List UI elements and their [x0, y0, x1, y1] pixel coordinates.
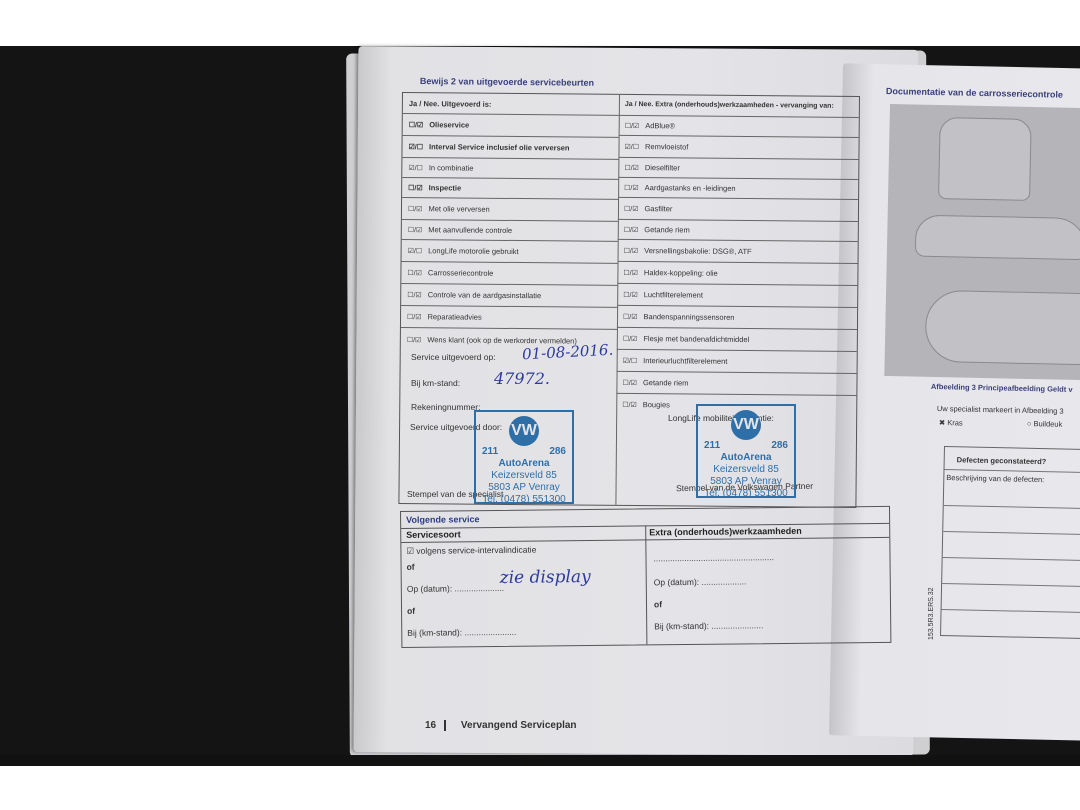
checkbox-pair-icon[interactable]: ☐/☑ — [623, 334, 638, 342]
checkbox-pair-icon[interactable]: ☑/☐ — [408, 247, 423, 255]
defects-line — [942, 609, 1080, 613]
page-number: 16 — [425, 720, 446, 731]
checkbox-pair-icon[interactable]: ☐/☑ — [624, 163, 639, 171]
checklist-label: Interieurluchtfilterelement — [643, 356, 727, 366]
checkbox-pair-icon[interactable]: ☐/☑ — [407, 313, 422, 321]
checklist-label: Bandenspanningssensoren — [644, 312, 735, 322]
checklist-row: ☐/☑Dieselfilter — [618, 157, 858, 179]
km-handwritten: 47972. — [494, 369, 550, 388]
document-code: 153.5R3.ERS.32 — [928, 587, 935, 640]
checklist-label: Gasfilter — [644, 204, 672, 213]
bottom-shadow — [0, 755, 1080, 766]
stamp-num-right: 286 — [771, 440, 788, 452]
interval-option: ☑ volgens service-intervalindicatie — [406, 545, 536, 557]
checklist-row: ☐/☑Controle van de aardgasinstallatie — [401, 283, 617, 307]
checklist-row: ☐/☑Olieservice — [403, 113, 619, 137]
checklist-label: Remvloeistof — [645, 142, 688, 151]
vw-logo-icon: VW — [509, 416, 539, 446]
next-date-label: Op (datum): ..................... — [407, 583, 504, 594]
service-type-header: Servicesoort — [406, 529, 461, 540]
checkbox-pair-icon[interactable]: ☑/☐ — [623, 356, 638, 364]
extra-or-label: of — [654, 599, 662, 609]
next-service-box: Volgende service Servicesoort Extra (ond… — [400, 506, 891, 648]
stamp-num-right: 286 — [549, 446, 566, 458]
dealer-stamp-2: VW 211286 AutoArena Keizersveld 85 5803 … — [696, 404, 796, 498]
defects-line — [944, 505, 1080, 509]
checklist-label: Getande riem — [643, 378, 689, 387]
checklist-label: Versnellingsbakolie: DSG®, ATF — [644, 246, 752, 256]
legend-scratch: ✖ Kras — [939, 418, 963, 427]
checklist-label: Luchtfilterelement — [644, 290, 703, 300]
defects-box: Defecten geconstateerd? Beschrijving van… — [940, 446, 1080, 639]
checkbox-pair-icon[interactable]: ☐/☑ — [624, 183, 639, 191]
next-service-title: Volgende service — [406, 514, 479, 525]
checklist-label: Carrosseriecontrole — [428, 268, 494, 278]
stamp-num-left: 211 — [704, 440, 720, 452]
col2-header: Ja / Nee. Extra (onderhouds)werkzaamhede… — [619, 95, 859, 117]
checklist-label: In combinatie — [429, 163, 474, 172]
checkbox-pair-icon[interactable]: ☐/☑ — [623, 312, 638, 320]
defects-line — [943, 557, 1080, 561]
checklist-row: ☐/☑Getande riem — [616, 371, 856, 395]
vw-logo-icon: VW — [731, 410, 761, 440]
checklist-label: Olieservice — [429, 120, 469, 129]
checklist-row: ☐/☑Versnellingsbakolie: DSG®, ATF — [618, 239, 858, 263]
checklist-row: ☐/☑Flesje met bandenafdichtmiddel — [617, 327, 857, 351]
checkbox-pair-icon[interactable]: ☐/☑ — [407, 269, 422, 277]
checklist-row: ☐/☑Aardgastanks en -leidingen — [618, 177, 858, 199]
defects-header: Defecten geconstateerd? — [957, 455, 1047, 466]
checkbox-pair-icon[interactable]: ☐/☑ — [407, 291, 422, 299]
legend-dent: ○ Buildeuk — [1027, 419, 1063, 429]
checklist-row: ☐/☑Gasfilter — [618, 197, 858, 221]
stamp-name: AutoArena — [476, 458, 572, 470]
car-top-view-icon — [925, 290, 1080, 366]
checklist-label: LongLife motorolie gebruikt — [428, 246, 519, 256]
left-page-title: Bewijs 2 van uitgevoerde servicebeurten — [420, 76, 594, 88]
extra-dots: ........................................… — [653, 552, 774, 563]
checklist-row: ☐/☑Met aanvullende controle — [402, 219, 618, 241]
extra-work-header: Extra (onderhouds)werkzaamheden — [649, 526, 802, 538]
checkbox-pair-icon[interactable]: ☐/☑ — [624, 225, 639, 233]
stamp-street: Keizersveld 85 — [476, 470, 572, 482]
checklist-row: ☑/☐Interieurluchtfilterelement — [617, 349, 857, 373]
checklist-label: Bougies — [643, 400, 670, 409]
or-label: of — [407, 606, 415, 616]
checklist-row: ☐/☑Inspectie — [402, 177, 618, 199]
checkbox-pair-icon[interactable]: ☐/☑ — [623, 268, 638, 276]
next-date-handwritten: zie display — [500, 567, 591, 588]
checkbox-pair-icon[interactable]: ☑/☐ — [408, 164, 423, 172]
checkbox-pair-icon[interactable]: ☐/☑ — [407, 336, 422, 344]
stamp-phone: Tel. (0478) 551300 — [698, 488, 794, 500]
or-label: of — [407, 562, 415, 572]
checklist-row: ☐/☑Getande riem — [618, 219, 858, 241]
checklist-row: ☑/☐Interval Service inclusief olie verve… — [402, 135, 618, 159]
stamp-city: 5803 AP Venray — [476, 482, 572, 494]
checklist-label: Interval Service inclusief olie ververse… — [429, 142, 570, 152]
stamp-name: AutoArena — [698, 452, 794, 464]
checkbox-pair-icon[interactable]: ☐/☑ — [624, 204, 639, 212]
checklist-label: Haldex-koppeling: olie — [644, 268, 718, 278]
stamp-num-left: 211 — [482, 446, 498, 458]
car-rear-view-icon — [938, 117, 1032, 201]
checkbox-pair-icon[interactable]: ☐/☑ — [409, 121, 424, 129]
checklist-row: ☐/☑Reparatieadvies — [401, 305, 617, 329]
stamp-city: 5803 AP Venray — [698, 476, 794, 488]
dealer-stamp-1: VW 211286 AutoArena Keizersveld 85 5803 … — [474, 410, 574, 504]
car-side-view-icon — [915, 215, 1080, 261]
checkbox-pair-icon[interactable]: ☐/☑ — [624, 246, 639, 254]
checklist-row: ☑/☐Remvloeistof — [618, 135, 858, 159]
checklist-label: AdBlue® — [645, 121, 675, 130]
defects-line — [943, 531, 1080, 535]
checklist-row: ☐/☑AdBlue® — [619, 115, 859, 137]
checkbox-pair-icon[interactable]: ☐/☑ — [408, 184, 423, 192]
defects-desc-label: Beschrijving van de defecten: — [946, 473, 1044, 484]
service-date-label: Service uitgevoerd op: — [411, 352, 496, 362]
checklist-label: Reparatieadvies — [428, 312, 482, 321]
checkbox-pair-icon[interactable]: ☐/☑ — [408, 205, 423, 213]
car-diagram — [884, 104, 1080, 380]
checklist-label: Inspectie — [429, 183, 462, 192]
checkbox-pair-icon[interactable]: ☐/☑ — [622, 378, 637, 386]
checkbox-pair-icon[interactable]: ☐/☑ — [408, 226, 423, 234]
checklist-label: Flesje met bandenafdichtmiddel — [643, 334, 749, 344]
page-footer: 16 Vervangend Serviceplan — [425, 720, 577, 731]
checklist-label: Getande riem — [644, 225, 690, 234]
checklist-row: ☐/☑Bandenspanningssensoren — [617, 305, 857, 329]
checklist-label: Dieselfilter — [645, 163, 680, 172]
checkbox-pair-icon[interactable]: ☐/☑ — [625, 121, 640, 129]
col1-header: Ja / Nee. Uitgevoerd is: — [403, 93, 619, 115]
next-km-label: Bij (km-stand): ...................... — [407, 627, 516, 638]
extra-km-label: Bij (km-stand): ...................... — [654, 620, 763, 631]
checkbox-pair-icon[interactable]: ☐/☑ — [622, 400, 637, 408]
checkbox-pair-icon[interactable]: ☑/☐ — [408, 143, 423, 151]
next-service-col-divider — [645, 525, 647, 644]
checklist-label: Met olie verversen — [428, 204, 489, 214]
checklist-row: ☐/☑Luchtfilterelement — [617, 283, 857, 307]
invoice-label: Rekeningnummer: — [411, 402, 480, 412]
checkbox-pair-icon[interactable]: ☐/☑ — [623, 290, 638, 298]
checklist-label: Controle van de aardgasinstallatie — [428, 290, 541, 300]
checklist-row: ☐/☑Haldex-koppeling: olie — [617, 261, 857, 285]
checklist-row: ☑/☐In combinatie — [402, 157, 618, 179]
checkbox-pair-icon[interactable]: ☑/☐ — [624, 142, 639, 150]
defects-line — [942, 583, 1080, 587]
section-title: Vervangend Serviceplan — [461, 720, 577, 731]
checklist-label: Met aanvullende controle — [428, 225, 512, 235]
checklist-row: ☐/☑Carrosseriecontrole — [401, 261, 617, 285]
stamp-street: Keizersveld 85 — [698, 464, 794, 476]
checklist-row: ☐/☑Met olie verversen — [402, 197, 618, 221]
stamp-phone: Tel. (0478) 551300 — [476, 494, 572, 506]
checklist-row: ☑/☐LongLife motorolie gebruikt — [402, 239, 618, 263]
checklist-label: Aardgastanks en -leidingen — [645, 183, 736, 193]
extra-date-label: Op (datum): ................... — [654, 576, 747, 587]
km-label: Bij km-stand: — [411, 378, 460, 388]
